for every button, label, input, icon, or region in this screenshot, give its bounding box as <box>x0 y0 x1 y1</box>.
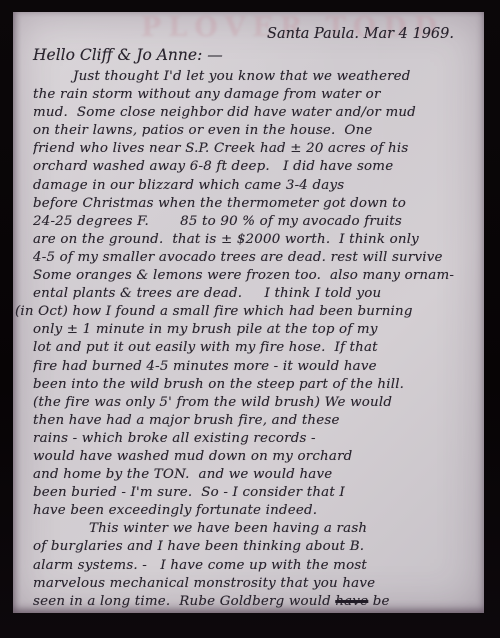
letter-line: then have had a major brush fire, and th… <box>33 412 478 430</box>
letter-line: and home by the TON. and we would have <box>33 466 478 484</box>
letter-line: (in Oct) how I found a small fire which … <box>15 303 478 321</box>
letter-line: ental plants & trees are dead. I think I… <box>33 285 478 303</box>
letter-line: mud. Some close neighbor did have water … <box>33 104 478 122</box>
letter-line: seen in a long time. Rube Goldberg would… <box>33 593 478 611</box>
letter-line: marvelous mechanical monstrosity that yo… <box>33 575 478 593</box>
letter-line: been buried - I'm sure. So - I consider … <box>33 484 478 502</box>
letter-line: fire had burned 4-5 minutes more - it wo… <box>33 358 478 376</box>
letter-line: damage in our blizzard which came 3-4 da… <box>33 177 478 195</box>
letter-line: (the fire was only 5' from the wild brus… <box>33 394 478 412</box>
letter-line: on their lawns, patios or even in the ho… <box>33 122 478 140</box>
salutation: Hello Cliff & Jo Anne: — <box>33 45 478 66</box>
letter-line: alarm systems. - I have come up with the… <box>33 557 478 575</box>
letter-line: Just thought I'd let you know that we we… <box>33 68 478 86</box>
letter-line: before Christmas when the thermometer go… <box>33 195 478 213</box>
letter-line: 24-25 degrees F. 85 to 90 % of my avocad… <box>33 213 478 231</box>
letter-line: have been exceedingly fortunate indeed. <box>33 502 478 520</box>
letter-line: only ± 1 minute in my brush pile at the … <box>33 321 478 339</box>
letter-line: Some oranges & lemons were frozen too. a… <box>33 267 478 285</box>
letter-line: been into the wild brush on the steep pa… <box>33 376 478 394</box>
letter-line: would have washed mud down on my orchard <box>33 448 478 466</box>
letter-line: the rain storm without any damage from w… <box>33 86 478 104</box>
letter-line: of burglaries and I have been thinking a… <box>33 538 478 556</box>
letter-line: 4-5 of my smaller avocado trees are dead… <box>33 249 478 267</box>
letter-line: friend who lives near S.P. Creek had ± 2… <box>33 140 478 158</box>
line-text: seen in a long time. Rube Goldberg would <box>33 594 335 609</box>
letter-line: rains - which broke all existing records… <box>33 430 478 448</box>
letter-line: lot and put it out easily with my fire h… <box>33 339 478 357</box>
letter-paper: PLOVER TODD Santa Paula. Mar 4 1969. Hel… <box>13 12 484 613</box>
letter-line: This winter we have been having a rash <box>33 520 478 538</box>
letter-body: Just thought I'd let you know that we we… <box>33 68 478 611</box>
letter-line: are on the ground. that is ± $2000 worth… <box>33 231 478 249</box>
line-text: be <box>368 594 389 609</box>
dateline: Santa Paula. Mar 4 1969. <box>33 24 478 44</box>
letter-photo: PLOVER TODD Santa Paula. Mar 4 1969. Hel… <box>0 0 500 638</box>
letter-line: orchard washed away 6-8 ft deep. I did h… <box>33 158 478 176</box>
struck-word: have <box>335 594 368 609</box>
